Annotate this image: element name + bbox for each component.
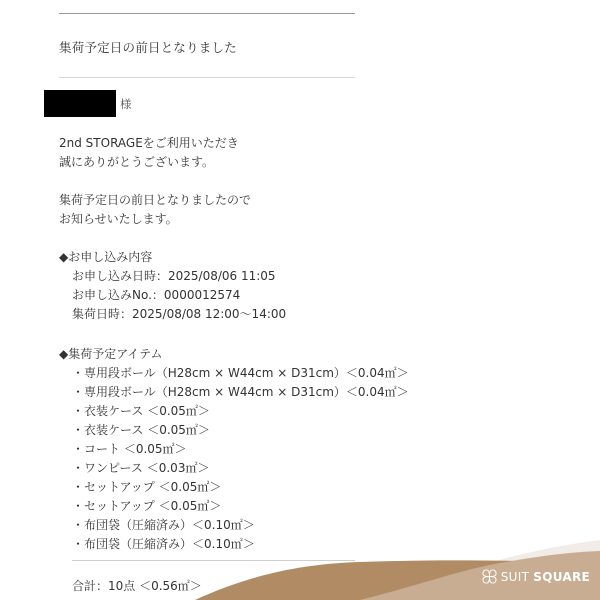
notice-line: お知らせいたします。 — [59, 210, 251, 229]
greeting-line: 誠にありがとうございます。 — [59, 153, 239, 172]
order-details-section: ◆お申し込み内容 お申し込み日時：2025/08/06 11:05 お申し込みN… — [59, 248, 286, 324]
list-item: ・コート ＜0.05㎡＞ — [59, 440, 409, 459]
list-item: ・衣装ケース ＜0.05㎡＞ — [59, 421, 409, 440]
list-item: ・専用段ボール（H28cm × W44cm × D31cm）＜0.04㎡＞ — [59, 383, 409, 402]
brand-name-suit: SUIT — [501, 570, 529, 584]
recipient-honorific: 様 — [120, 96, 132, 112]
list-item: ・布団袋（圧縮済み）＜0.10㎡＞ — [59, 516, 409, 535]
list-item: ・衣装ケース ＜0.05㎡＞ — [59, 402, 409, 421]
list-item: ・セットアップ ＜0.05㎡＞ — [59, 497, 409, 516]
notice-paragraph: 集荷予定日の前日となりましたので お知らせいたします。 — [59, 191, 251, 229]
list-item: ・専用段ボール（H28cm × W44cm × D31cm）＜0.04㎡＞ — [59, 364, 409, 383]
total-divider — [72, 560, 355, 561]
total-summary: 合計：10点 ＜0.56㎡＞ — [72, 577, 202, 594]
list-item: ・セットアップ ＜0.05㎡＞ — [59, 478, 409, 497]
email-heading: 集荷予定日の前日となりました — [59, 38, 237, 56]
pickup-items-section: ◆集荷予定アイテム ・専用段ボール（H28cm × W44cm × D31cm）… — [59, 345, 409, 554]
clover-icon — [482, 569, 497, 584]
order-details-title: ◆お申し込み内容 — [59, 248, 286, 267]
brand-logo: SUIT SQUARE — [482, 569, 590, 584]
pickup-datetime: 集荷日時：2025/08/08 12:00〜14:00 — [59, 305, 286, 324]
pickup-items-title: ◆集荷予定アイテム — [59, 345, 409, 364]
brand-name-square: SQUARE — [533, 570, 590, 584]
order-datetime: お申し込み日時：2025/08/06 11:05 — [59, 267, 286, 286]
greeting-paragraph: 2nd STORAGEをご利用いただき 誠にありがとうございます。 — [59, 134, 239, 172]
greeting-line: 2nd STORAGEをご利用いただき — [59, 134, 239, 153]
list-item: ・布団袋（圧縮済み）＜0.10㎡＞ — [59, 535, 409, 554]
recipient-line: 様 — [44, 90, 132, 117]
redacted-recipient-name — [44, 90, 116, 117]
heading-divider — [59, 77, 355, 78]
order-number: お申し込みNo.：0000012574 — [59, 286, 286, 305]
notice-line: 集荷予定日の前日となりましたので — [59, 191, 251, 210]
list-item: ・ワンピース ＜0.03㎡＞ — [59, 459, 409, 478]
top-divider — [59, 13, 355, 14]
